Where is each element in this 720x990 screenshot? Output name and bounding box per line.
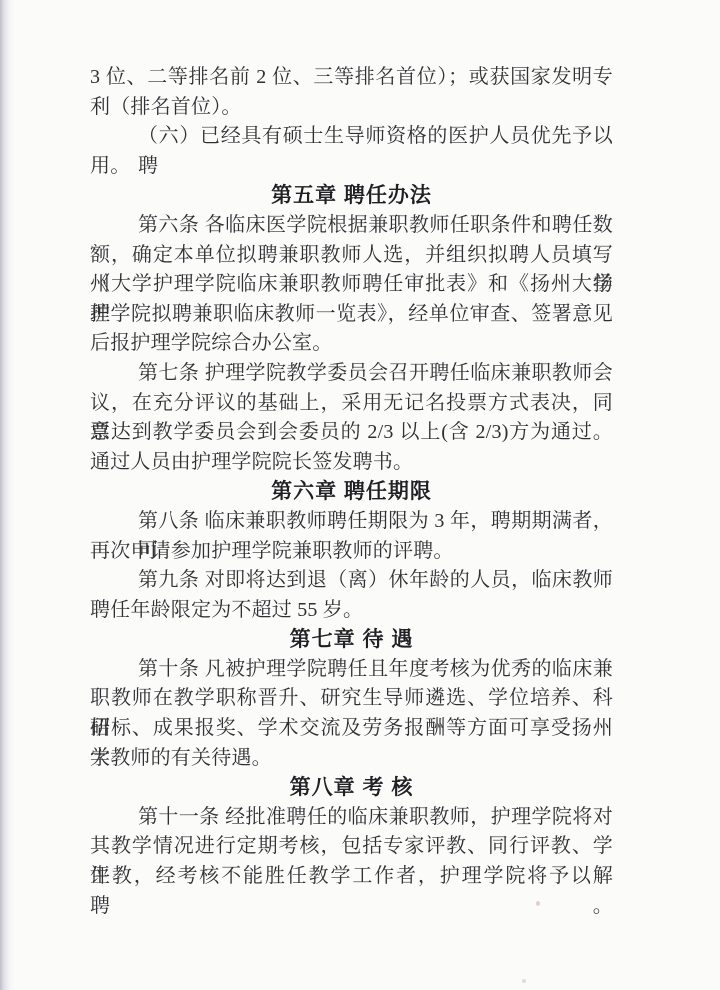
document-line: 学教师的有关待遇。 xyxy=(90,744,613,774)
chapter-heading: 第五章 聘任办法 xyxy=(90,181,613,211)
document-line: 3 位、二等排名前 2 位、三等排名首位）；或获国家发明专 xyxy=(90,63,613,93)
document-line: 再次申请参加护理学院兼职教师的评聘。 xyxy=(90,537,613,567)
chapter-heading: 第六章 聘任期限 xyxy=(90,477,613,507)
document-line: 第六条 各临床医学院根据兼职教师任职条件和聘任数 xyxy=(90,211,613,241)
document-line: 第七条 护理学院教学委员会召开聘任临床兼职教师会 xyxy=(90,359,613,389)
document-line: 评教，经考核不能胜任教学工作者，护理学院将予以解聘。 xyxy=(90,862,613,892)
document-line: 利（排名首位）。 xyxy=(90,93,613,123)
document-line: 通过人员由护理学院院长签发聘书。 xyxy=(90,448,613,478)
document-line: （六）已经具有硕士生导师资格的医护人员优先予以聘 xyxy=(90,122,613,152)
document-line: 州大学护理学院临床兼职教师聘任审批表》和《扬州大学护 xyxy=(90,270,613,300)
document-line: 议，在充分评议的基础上，采用无记名投票方式表决，同意 xyxy=(90,389,613,419)
document-line: 第九条 对即将达到退（离）休年龄的人员，临床教师 xyxy=(90,566,613,596)
document-line: 后报护理学院综合办公室。 xyxy=(90,329,613,359)
document-line: 票达到教学委员会到会委员的 2/3 以上(含 2/3)方为通过。 xyxy=(90,418,613,448)
document-line: 职教师在教学职称晋升、研究生导师遴选、学位培养、科研 xyxy=(90,684,613,714)
document-text-block: 3 位、二等排名前 2 位、三等排名首位）；或获国家发明专利（排名首位）。（六）… xyxy=(90,63,613,892)
scan-edge-shadow xyxy=(0,0,16,990)
document-line: 聘任年龄限定为不超过 55 岁。 xyxy=(90,596,613,626)
document-line: 额，确定本单位拟聘兼职教师人选，并组织拟聘人员填写《扬 xyxy=(90,241,613,271)
document-line: 第十条 凡被护理学院聘任且年度考核为优秀的临床兼 xyxy=(90,655,613,685)
document-line: 其教学情况进行定期考核，包括专家评教、同行评教、学生 xyxy=(90,832,613,862)
chapter-heading: 第八章 考 核 xyxy=(90,773,613,803)
document-line: 第十一条 经批准聘任的临床兼职教师，护理学院将对 xyxy=(90,803,613,833)
scan-speck xyxy=(522,979,526,983)
document-line: 理学院拟聘兼职临床教师一览表》，经单位审查、签署意见 xyxy=(90,300,613,330)
chapter-heading: 第七章 待 遇 xyxy=(90,625,613,655)
document-line: 招标、成果报奖、学术交流及劳务报酬等方面可享受扬州大 xyxy=(90,714,613,744)
document-line: 第八条 临床兼职教师聘任期限为 3 年，聘期期满者，可 xyxy=(90,507,613,537)
scanned-document-page: 3 位、二等排名前 2 位、三等排名首位）；或获国家发明专利（排名首位）。（六）… xyxy=(0,0,720,990)
document-line: 用。 xyxy=(90,152,613,182)
